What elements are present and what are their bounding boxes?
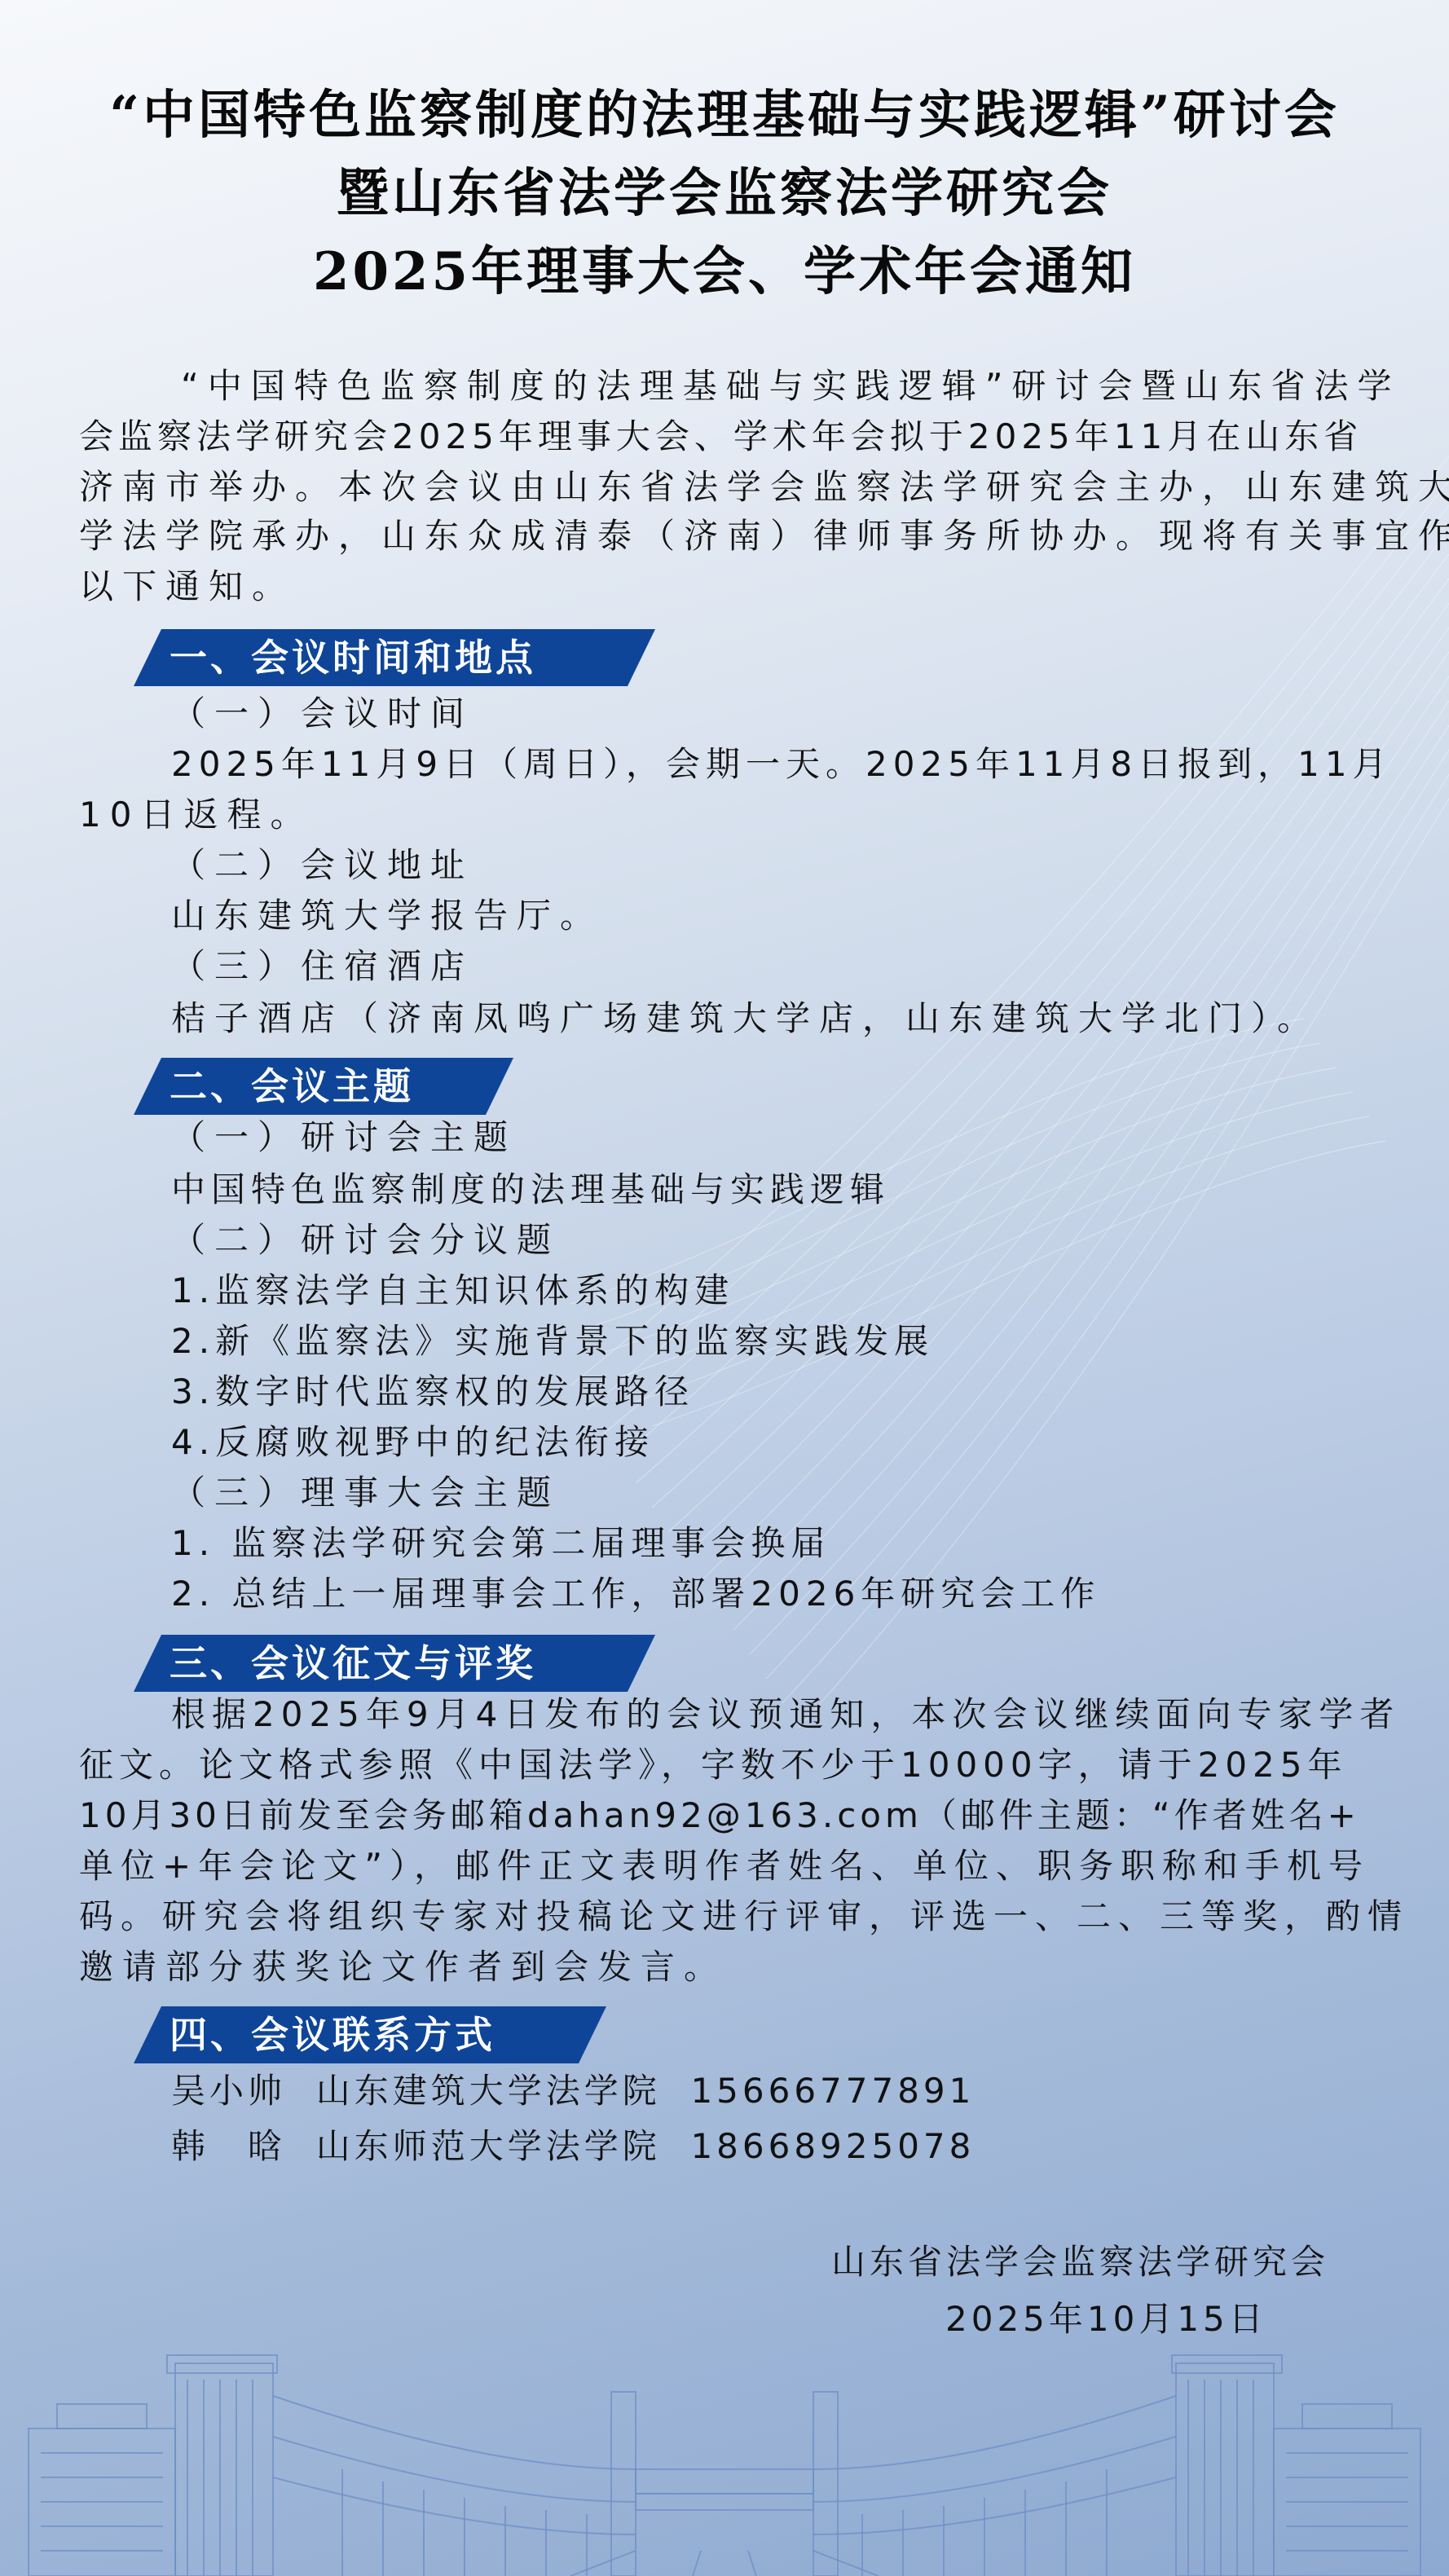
body-line: 2025年11月9日（周日），会期一天。2025年11月8日报到，11月 [171,742,1393,787]
section-heading-3: 三、会议征文与评奖 [134,1635,655,1692]
intro-line: 会监察法学研究会2025年理事大会、学术年会拟于2025年11月在山东省 [79,414,1363,460]
contact-row: 韩 晗 山东师范大学法学院 18668925078 [171,2124,975,2169]
contact-name: 韩 晗 [171,2126,286,2166]
body-line: 邀请部分获奖论文作者到会发言。 [79,1944,727,1990]
section-heading-label: 三、会议征文与评奖 [170,1635,536,1692]
contact-row: 吴小帅 山东建筑大学法学院 15666777891 [171,2068,975,2114]
contact-name: 吴小帅 [171,2071,286,2111]
signature-date: 2025年10月15日 [945,2296,1267,2342]
contact-phone[interactable]: 15666777891 [690,2071,975,2111]
intro-line: 济南市举办。本次会议由山东省法学会监察法学研究会主办，山东建筑大 [79,465,1449,510]
intro-line: 学法学院承办，山东众成清泰（济南）律师事务所协办。现将有关事宜作 [79,513,1449,559]
section-heading-4: 四、会议联系方式 [134,2006,606,2063]
body-line: 征文。论文格式参照《中国法学》，字数不少于10000字，请于2025年 [79,1742,1348,1788]
body-line: 根据2025年9月4日发布的会议预通知，本次会议继续面向专家学者 [171,1692,1400,1737]
subheading: （二）会议地址 [171,843,473,888]
subheading: （一）研讨会主题 [171,1115,517,1160]
subheading: （二）研讨会分议题 [171,1218,560,1263]
list-item: 3.数字时代监察权的发展路径 [171,1369,694,1415]
title-line-3: 2025年理事大会、学术年会通知 [0,240,1449,305]
list-item: 1.监察法学自主知识体系的构建 [171,1268,734,1314]
contact-phone[interactable]: 18668925078 [690,2126,975,2166]
section-heading-2: 二、会议主题 [134,1058,513,1115]
body-line: 桔子酒店（济南凤鸣广场建筑大学店，山东建筑大学北门）。 [171,996,1320,1041]
section-heading-label: 二、会议主题 [170,1058,414,1115]
section-heading-label: 一、会议时间和地点 [170,629,536,686]
signature-org: 山东省法学会监察法学研究会 [831,2239,1329,2285]
title-line-1: “中国特色监察制度的法理基础与实践逻辑”研讨会 [0,83,1449,148]
intro-line: 以下通知。 [79,564,295,610]
body-line: 10月30日前发至会务邮箱dahan92@163.com（邮件主题：“作者姓名+ [79,1793,1360,1838]
building-illustration [0,2347,1449,2576]
list-item: 2. 总结上一届理事会工作，部署2026年研究会工作 [171,1571,1100,1617]
body-line: 单位+年会论文”），邮件正文表明作者姓名、单位、职务职称和手机号 [79,1843,1370,1889]
body-line: 10日返程。 [79,792,313,838]
list-item: 4.反腐败视野中的纪法衔接 [171,1420,654,1465]
title-line-2: 暨山东省法学会监察法学研究会 [0,161,1449,227]
notice-poster: “中国特色监察制度的法理基础与实践逻辑”研讨会 暨山东省法学会监察法学研究会 2… [0,0,1449,2576]
body-line: 中国特色监察制度的法理基础与实践逻辑 [171,1167,890,1213]
list-item: 2.新《监察法》实施背景下的监察实践发展 [171,1319,934,1364]
section-heading-1: 一、会议时间和地点 [134,629,655,686]
section-heading-label: 四、会议联系方式 [170,2006,495,2063]
subheading: （一）会议时间 [171,691,473,737]
body-line: 山东建筑大学报告厅。 [171,893,603,939]
subheading: （三）住宿酒店 [171,944,473,989]
list-item: 1. 监察法学研究会第二届理事会换届 [171,1521,830,1566]
contact-org: 山东师范大学法学院 [316,2126,661,2166]
contact-org: 山东建筑大学法学院 [316,2071,661,2111]
subheading: （三）理事大会主题 [171,1470,560,1516]
body-line: 码。研究会将组织专家对投稿论文进行评审，评选一、二、三等奖，酌情 [79,1894,1409,1940]
intro-line: “中国特色监察制度的法理基础与实践逻辑”研讨会暨山东省法学 [181,363,1401,409]
